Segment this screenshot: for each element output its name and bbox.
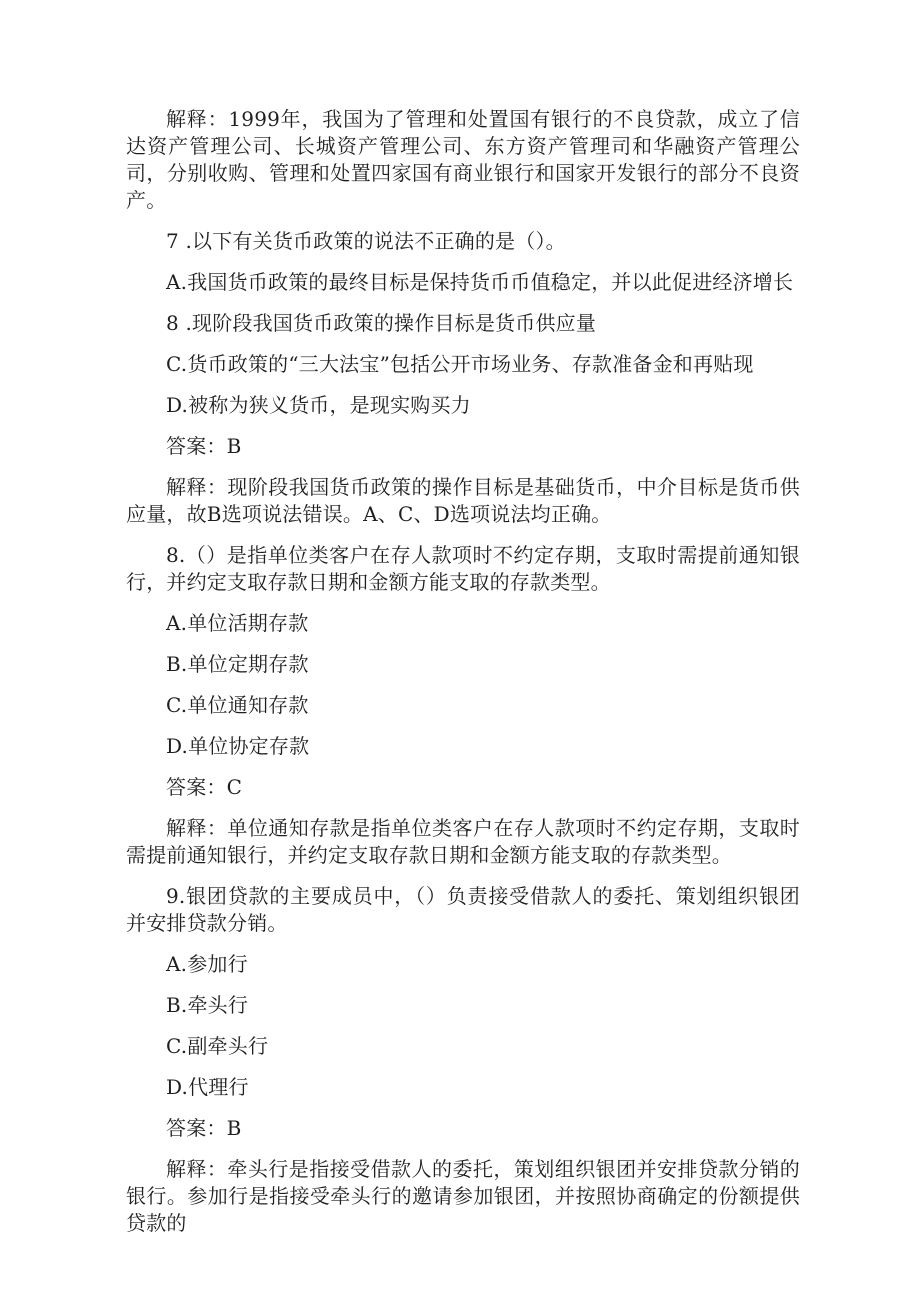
q9-stem: 9.银团贷款的主要成员中，（）负责接受借款人的委托、策划组织银团并安排贷款分销。 (126, 883, 800, 937)
q7-explanation: 解释：现阶段我国货币政策的操作目标是基础货币，中介目标是货币供应量，故B选项说法… (126, 474, 800, 528)
q9-explanation: 解释：牵头行是指接受借款人的委托，策划组织银团并安排贷款分销的银行。参加行是指接… (126, 1156, 800, 1237)
q8-option-b: B.单位定期存款 (126, 651, 800, 678)
q8-explanation: 解释：单位通知存款是指单位类客户在存人款项时不约定存期，支取时需提前通知银行，并… (126, 815, 800, 869)
q9-option-a: A.参加行 (126, 951, 800, 978)
q8-option-c: C.单位通知存款 (126, 692, 800, 719)
q8-option-d: D.单位协定存款 (126, 733, 800, 760)
q6-explanation: 解释：1999年，我国为了管理和处置国有银行的不良贷款，成立了信达资产管理公司、… (126, 106, 800, 214)
q7-stem: 7 .以下有关货币政策的说法不正确的是（）。 (126, 228, 800, 255)
q9-option-b: B.牵头行 (126, 992, 800, 1019)
q8-stem: 8.（）是指单位类客户在存人款项时不约定存期，支取时需提前通知银行，并约定支取存… (126, 542, 800, 596)
q7-option-b: 8 .现阶段我国货币政策的操作目标是货币供应量 (126, 310, 800, 337)
document-page: 解释：1999年，我国为了管理和处置国有银行的不良贷款，成立了信达资产管理公司、… (0, 0, 920, 1301)
q7-option-a: A.我国货币政策的最终目标是保持货币币值稳定，并以此促进经济增长 (126, 269, 800, 296)
q8-option-a: A.单位活期存款 (126, 610, 800, 637)
document-body: 解释：1999年，我国为了管理和处置国有银行的不良贷款，成立了信达资产管理公司、… (126, 106, 800, 1237)
q7-option-d: D.被称为狭义货币，是现实购买力 (126, 392, 800, 419)
q9-answer: 答案：B (126, 1115, 800, 1142)
q9-option-c: C.副牵头行 (126, 1033, 800, 1060)
q7-option-c: C.货币政策的“三大法宝”包括公开市场业务、存款准备金和再贴现 (126, 351, 800, 378)
q8-answer: 答案：C (126, 774, 800, 801)
q7-answer: 答案：B (126, 433, 800, 460)
q9-option-d: D.代理行 (126, 1074, 800, 1101)
